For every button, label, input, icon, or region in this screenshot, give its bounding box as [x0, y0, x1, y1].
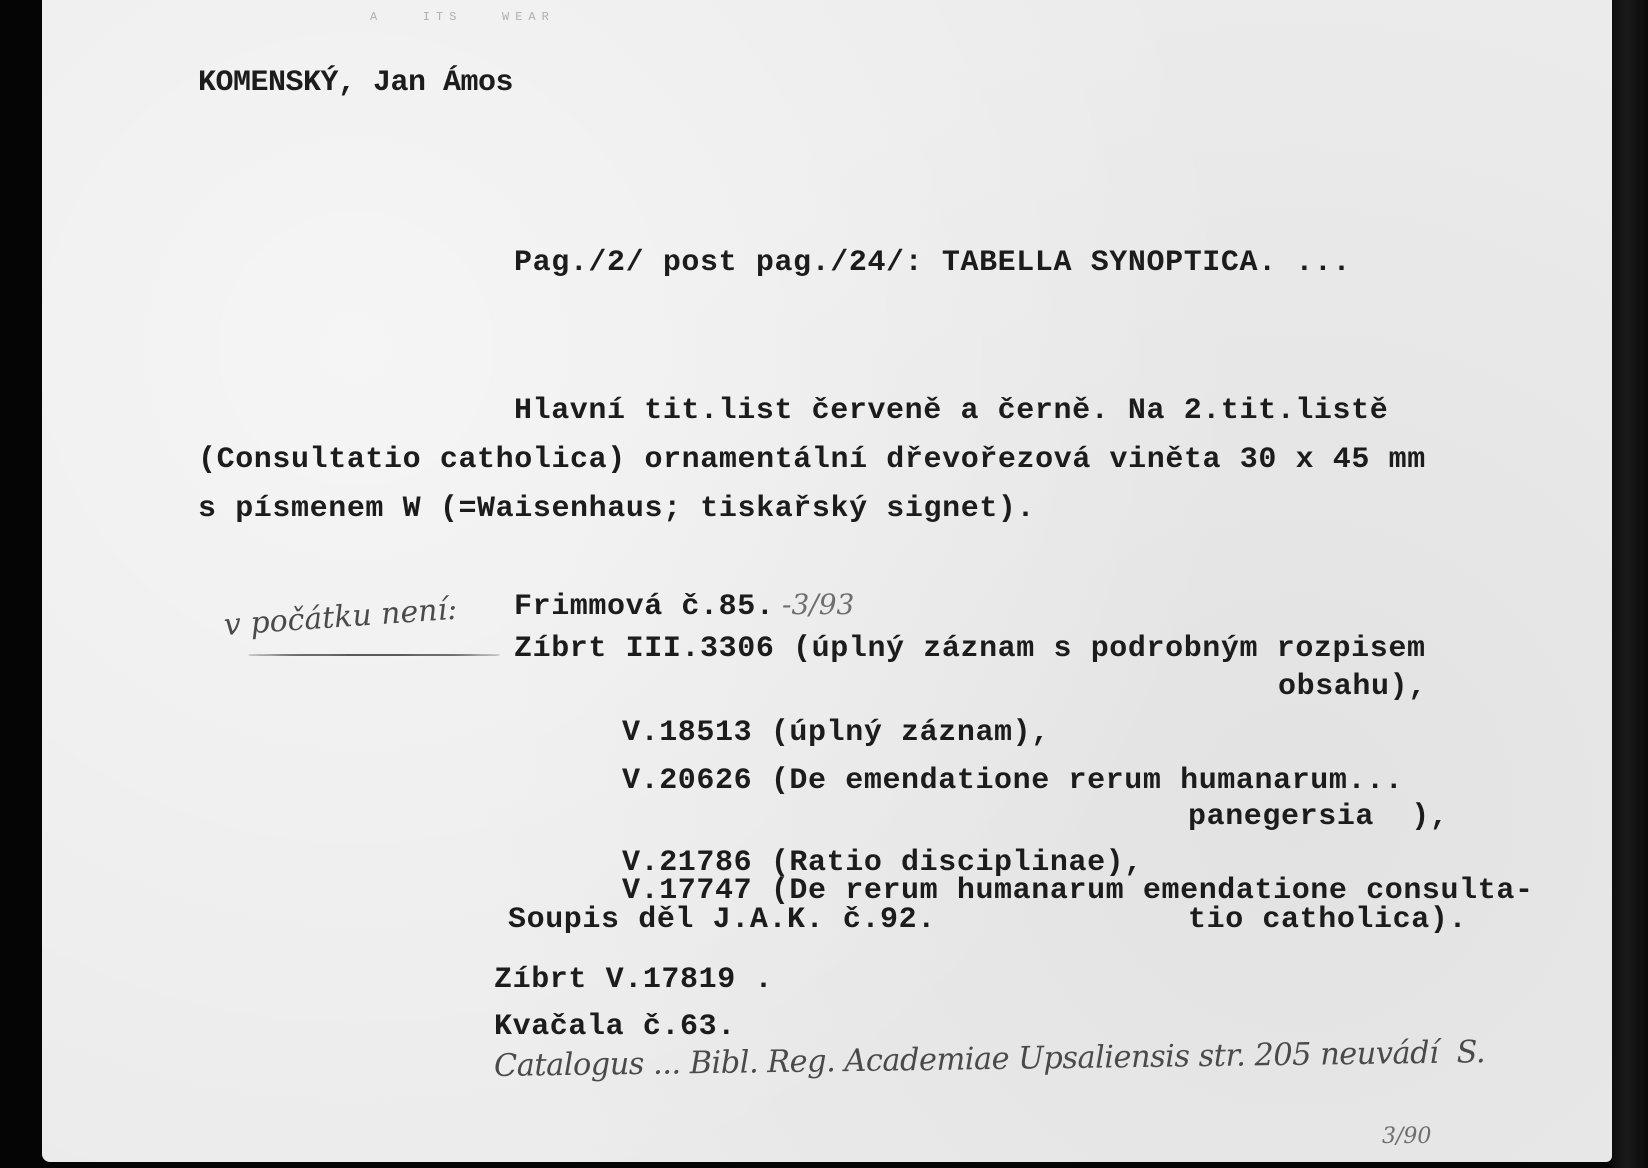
- reference-handwritten-suffix: -3/93: [782, 588, 854, 621]
- reference-line: panegersia ),: [1188, 800, 1448, 834]
- reference-line: tio catholica).: [1188, 903, 1467, 937]
- handwritten-date: 3/90: [1382, 1124, 1431, 1149]
- catalog-card: A ITS WEAR KOMENSKÝ, Jan Ámos Pag./2/ po…: [42, 0, 1612, 1162]
- collation-note: Pag./2/ post pag./24/: TABELLA SYNOPTICA…: [514, 246, 1351, 280]
- reference-line: Kvačala č.63.: [494, 1010, 736, 1044]
- reference-line: Zíbrt III.3306 (úplný záznam s podrobným…: [514, 632, 1426, 666]
- description-line: Hlavní tit.list červeně a černě. Na 2.ti…: [514, 394, 1388, 428]
- reference-line: Frimmová č.85.: [514, 590, 774, 624]
- reference-line: Soupis děl J.A.K. č.92.: [508, 903, 936, 937]
- reference-line: obsahu),: [1278, 670, 1427, 704]
- margin-note-underline: [248, 654, 500, 656]
- card-heading: KOMENSKÝ, Jan Ámos: [198, 66, 513, 100]
- reference-line: V.20626 (De emendatione rerum humanarum.…: [622, 764, 1403, 798]
- description-line: s písmenem W (=Waisenhaus; tiskařský sig…: [198, 492, 1035, 526]
- reference-line: Zíbrt V.17819 .: [494, 963, 773, 997]
- faint-stamp: A ITS WEAR: [370, 10, 555, 24]
- margin-note-handwritten: v počátku není:: [223, 592, 459, 643]
- scan-border-right: [1612, 0, 1648, 1168]
- description-line: (Consultatio catholica) ornamentální dře…: [198, 443, 1426, 477]
- reference-line: V.18513 (úplný záznam),: [622, 716, 1050, 750]
